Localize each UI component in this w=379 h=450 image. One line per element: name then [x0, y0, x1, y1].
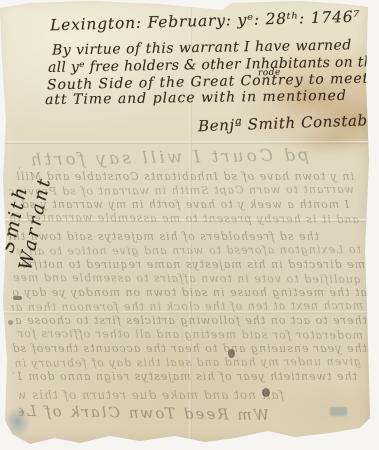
- ink-speck: [262, 388, 270, 397]
- ink-speck: [8, 320, 13, 325]
- teal-mark: [330, 407, 347, 416]
- bleed-line: warrant to warn Capt Smith in warrant of…: [9, 183, 354, 198]
- bleed-line: moderator for said meeting and all other…: [13, 327, 363, 342]
- ink-speck: [228, 349, 235, 358]
- ink-stain: [288, 128, 368, 154]
- ink-speck: [13, 296, 22, 300]
- bleed-line: given under my hand and seal this day of…: [13, 355, 361, 370]
- body-line: att Time and place with in mentioned: [45, 88, 347, 108]
- embossed-stamp: [4, 406, 31, 437]
- bleed-line: in y town have of sd Inhabitants Constab…: [14, 170, 354, 183]
- bleed-line: fail not and make due return of this war…: [19, 388, 284, 402]
- bleed-line: to Lexington aforesd to warn and give no…: [9, 243, 361, 258]
- bleed-line: I month a week y to have forth in my war…: [9, 198, 349, 211]
- bleed-line: the twentieth year of his majestys reign…: [13, 370, 357, 383]
- paper-sheet: pd Court I will say forth y Good s Cond …: [0, 0, 379, 450]
- bleed-line: Wm Reed Town Clark of Lexington Feb ye 1…: [19, 402, 269, 424]
- bleed-line: me directed in his majestys name require…: [9, 258, 365, 271]
- bleed-line: pd Court I will say forth y Good s Cond: [19, 145, 309, 170]
- bleed-line: the sd freeholders of his majestys said …: [9, 230, 319, 243]
- interline-insertion: rode: [258, 68, 281, 79]
- scanned-document: pd Court I will say forth y Good s Cond …: [0, 0, 379, 450]
- date-line: Lexington: February: yᵉ: 28ᵗʰ: 1746⁷: [50, 8, 361, 35]
- bleed-line: qualified to vote in town affairs to ass…: [11, 271, 361, 286]
